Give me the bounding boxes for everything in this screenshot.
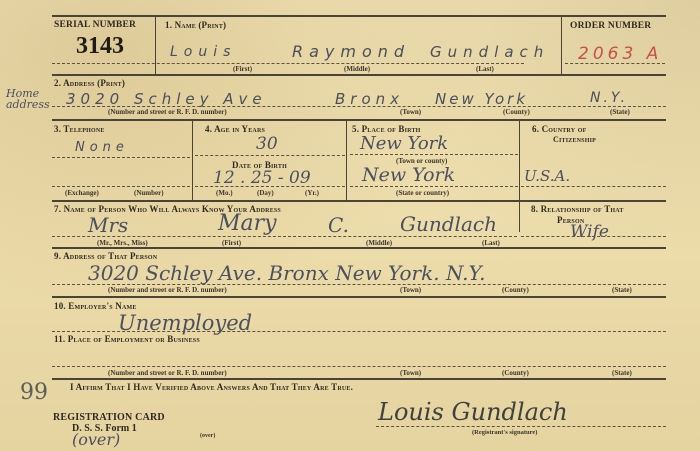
contact-title: Mrs bbox=[88, 213, 128, 237]
contact-last: Gundlach bbox=[400, 212, 497, 236]
row-border bbox=[52, 74, 666, 76]
telephone-label: 3. Telephone bbox=[54, 124, 105, 134]
dob-underline bbox=[195, 186, 345, 187]
age-label: 4. Age in Years bbox=[205, 124, 265, 134]
order-underline bbox=[565, 63, 665, 64]
age-underline bbox=[195, 155, 345, 156]
employment-street-caption: (Number and street or R. F. D. number) bbox=[108, 369, 227, 377]
contact-address-underline bbox=[52, 284, 666, 285]
row-border bbox=[52, 296, 666, 298]
form-title: REGISTRATION CARD bbox=[53, 412, 165, 423]
place-of-employment-label: 11. Place of Employment or Business bbox=[54, 334, 200, 344]
divider bbox=[561, 16, 562, 74]
contact-title-caption: (Mr., Mrs., Miss) bbox=[97, 239, 148, 247]
address-margin-note: Home address bbox=[6, 88, 58, 110]
name-underline bbox=[52, 63, 524, 64]
birth-state-caption: (State or country) bbox=[396, 189, 449, 197]
affirmation-text: I Affirm That I Have Verified Above Answ… bbox=[70, 382, 353, 392]
registration-card: SERIAL NUMBER 3143 1. Name (Print) Louis… bbox=[0, 0, 700, 451]
relationship-label-1: 8. Relationship of That bbox=[531, 204, 624, 214]
margin-number: 99 bbox=[20, 380, 48, 405]
signature-caption: (Registrant's signature) bbox=[472, 429, 537, 436]
row-border bbox=[52, 378, 666, 380]
first-caption: (First) bbox=[233, 65, 252, 73]
contact-street-caption: (Number and street or R. F. D. number) bbox=[108, 286, 227, 294]
serial-number-label: SERIAL NUMBER bbox=[54, 20, 136, 30]
relationship-value: Wife bbox=[570, 222, 609, 242]
relationship-underline bbox=[521, 236, 666, 237]
employment-state-caption: (State) bbox=[612, 369, 632, 377]
contact-underline bbox=[52, 236, 517, 237]
divider bbox=[192, 120, 193, 200]
employment-underline bbox=[52, 366, 666, 367]
dob-mo-caption: (Mo.) bbox=[216, 189, 233, 197]
address-label: 2. Address (Print) bbox=[54, 78, 125, 88]
name-label: 1. Name (Print) bbox=[165, 20, 226, 30]
address-state-caption: (State) bbox=[610, 108, 630, 116]
over-printed: (over) bbox=[200, 433, 215, 439]
birth-state: New York bbox=[362, 164, 455, 186]
row-border bbox=[52, 247, 666, 249]
telephone-underline bbox=[52, 157, 190, 158]
name-middle: Raymond bbox=[292, 42, 410, 61]
over-handwritten: (over) bbox=[72, 430, 120, 449]
name-first: Louis bbox=[170, 44, 236, 60]
citizenship-value: U.S.A. bbox=[524, 167, 570, 185]
employer-underline bbox=[52, 331, 666, 332]
citizenship-label-2: Citizenship bbox=[553, 135, 596, 144]
contact-last-caption: (Last) bbox=[482, 239, 500, 247]
telephone-underline-2 bbox=[52, 186, 190, 187]
top-border bbox=[52, 15, 666, 17]
contact-first-caption: (First) bbox=[222, 239, 241, 247]
order-number-value: 2063 A bbox=[578, 44, 662, 64]
employer-label: 10. Employer's Name bbox=[54, 301, 137, 311]
address-state: N.Y. bbox=[590, 90, 628, 106]
address-street-caption: (Number and street or R. F. D. number) bbox=[108, 108, 227, 116]
citizenship-label-1: 6. Country of bbox=[532, 124, 586, 134]
signature-underline bbox=[376, 426, 666, 427]
address-county-caption: (County) bbox=[503, 108, 530, 116]
number-caption: (Number) bbox=[134, 189, 164, 197]
name-last: Gundlach bbox=[430, 43, 549, 61]
divider bbox=[346, 120, 347, 200]
registrant-signature: Louis Gundlach bbox=[378, 398, 568, 426]
contact-town-caption: (Town) bbox=[400, 286, 421, 294]
middle-caption: (Middle) bbox=[344, 65, 370, 73]
contact-state-caption: (State) bbox=[612, 286, 632, 294]
exchange-caption: (Exchange) bbox=[65, 189, 99, 197]
last-caption: (Last) bbox=[476, 65, 494, 73]
employment-town-caption: (Town) bbox=[400, 369, 421, 377]
age-value: 30 bbox=[256, 134, 278, 154]
citizenship-underline bbox=[521, 186, 666, 187]
serial-number-value: 3143 bbox=[76, 33, 124, 60]
dob-value: 12 . 25 - 09 bbox=[213, 168, 311, 188]
address-town-caption: (Town) bbox=[400, 108, 421, 116]
employment-county-caption: (County) bbox=[502, 369, 529, 377]
contact-middle: C. bbox=[328, 213, 349, 237]
dob-yr-caption: (Yr.) bbox=[305, 189, 319, 197]
row-border bbox=[52, 200, 666, 202]
contact-county-caption: (County) bbox=[502, 286, 529, 294]
contact-address-value: 3020 Schley Ave. Bronx New York. N.Y. bbox=[88, 261, 486, 285]
dob-day-caption: (Day) bbox=[257, 189, 274, 197]
contact-first: Mary bbox=[218, 211, 277, 236]
row-border bbox=[52, 119, 666, 121]
birth-state-underline bbox=[350, 186, 518, 187]
address-underline bbox=[52, 106, 666, 107]
order-number-label: ORDER NUMBER bbox=[570, 21, 651, 31]
divider bbox=[155, 16, 156, 74]
contact-middle-caption: (Middle) bbox=[366, 239, 392, 247]
birth-town: New York bbox=[360, 133, 448, 154]
telephone-value: None bbox=[75, 140, 129, 155]
contact-address-label: 9. Address of That Person bbox=[54, 251, 157, 261]
birth-town-underline bbox=[350, 154, 518, 155]
divider bbox=[519, 120, 520, 232]
